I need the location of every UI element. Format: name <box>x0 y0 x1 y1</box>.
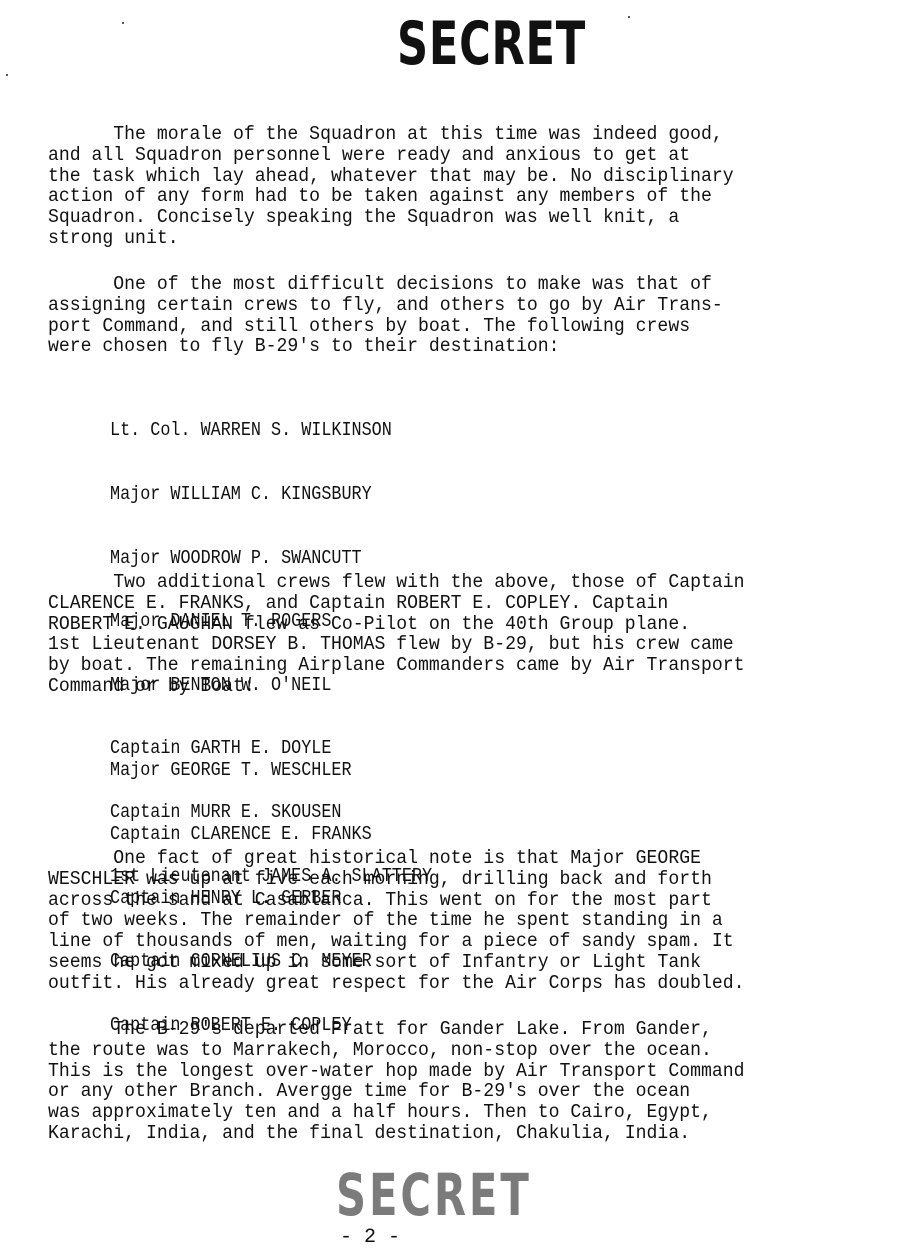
paragraph-morale: The morale of the Squadron at this time … <box>48 124 829 249</box>
paragraph-route: The B-29's departed Pratt for Gander Lak… <box>48 1019 829 1144</box>
scan-speck <box>6 74 8 76</box>
list-item: Major WILLIAM C. KINGSBURY <box>110 484 432 505</box>
classification-stamp-bottom: SECRET <box>336 1166 532 1224</box>
scan-speck <box>628 16 630 18</box>
list-item: Major GEORGE T. WESCHLER <box>110 760 372 781</box>
paragraph-additional-crews: Two additional crews flew with the above… <box>48 572 829 697</box>
list-item: Captain CLARENCE E. FRANKS <box>110 824 372 845</box>
list-item: Lt. Col. WARREN S. WILKINSON <box>110 420 432 441</box>
list-item: Major WOODROW P. SWANCUTT <box>110 548 432 569</box>
scan-speck <box>122 22 124 24</box>
classification-stamp-top: SECRET <box>397 14 586 74</box>
paragraph-weschler-note: One fact of great historical note is tha… <box>48 848 829 994</box>
paragraph-crew-decisions: One of the most difficult decisions to m… <box>48 274 829 357</box>
page-number: - 2 - <box>340 1226 400 1249</box>
